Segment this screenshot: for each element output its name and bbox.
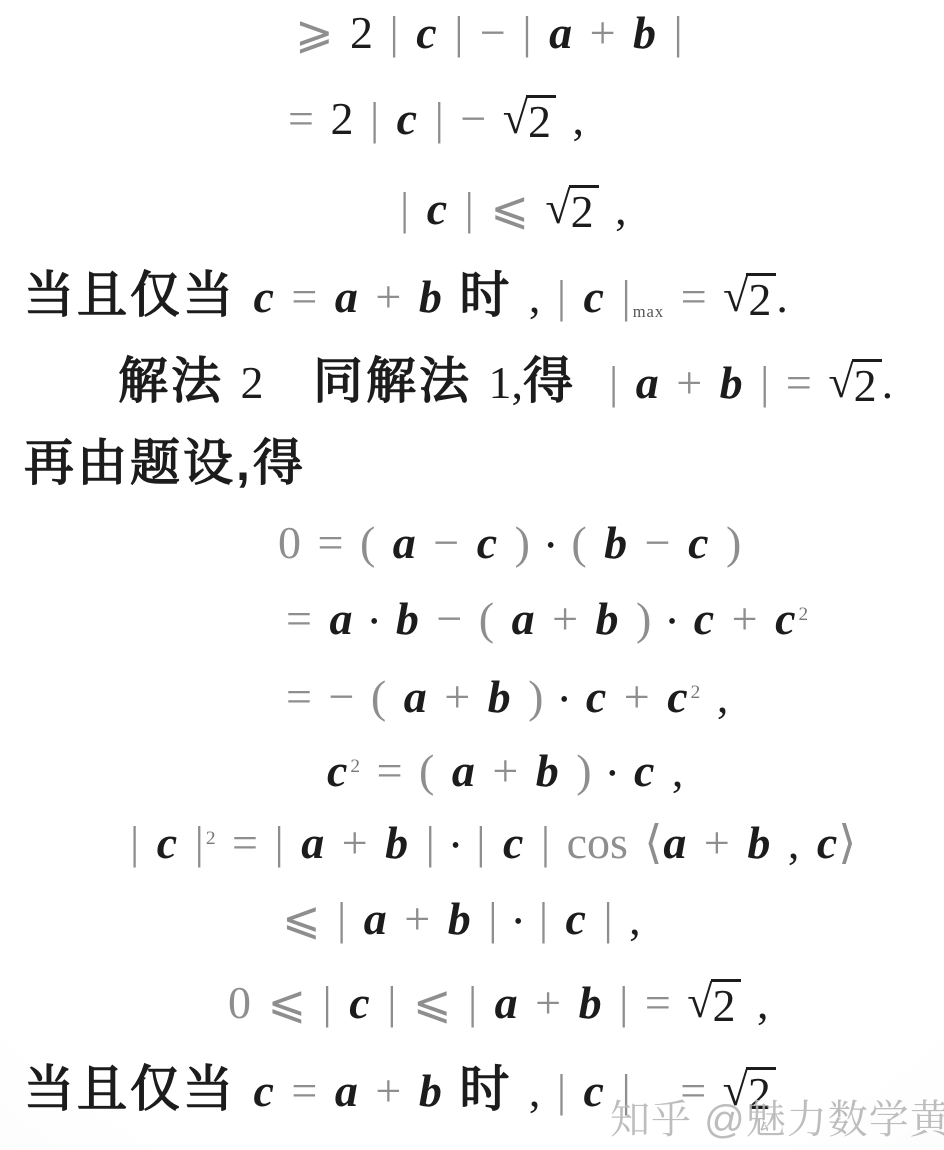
formula-line-1: ⩾ 2 | c | − | a + b | — [295, 4, 683, 62]
formula-line-11: | c |2 = | a + b | • | c | cos ⟨a + b , … — [130, 814, 856, 872]
formula-line-6-text: 再由题设,得 — [24, 432, 306, 495]
formula-line-4-conclusion: 当且仅当 c = a + b 时 , | c |max = √2. — [24, 264, 788, 327]
formula-line-8: = a • b − ( a + b ) • c + c2 — [286, 590, 808, 648]
formula-line-7: 0 = ( a − c ) • ( b − c ) — [278, 514, 741, 572]
zhihu-watermark: 知乎 @魅力数学黄老师 — [610, 1088, 944, 1145]
formula-line-9: = − ( a + b ) • c + c2 , — [286, 668, 728, 726]
textbook-page: ⩾ 2 | c | − | a + b | = 2 | c | − √2 , |… — [0, 0, 944, 1150]
formula-line-5-method2-heading: 解法 2 同解法 1,得 | a + b | = √2. — [118, 350, 893, 413]
formula-line-12: ⩽ | a + b | • | c | , — [282, 890, 641, 948]
formula-line-10: c2 = ( a + b ) • c , — [326, 742, 683, 800]
formula-line-2: = 2 | c | − √2 , — [288, 90, 584, 148]
formula-line-3: | c | ⩽ √2 , — [400, 180, 627, 238]
formula-line-13: 0 ⩽ | c | ⩽ | a + b | = √2 , — [228, 974, 769, 1032]
